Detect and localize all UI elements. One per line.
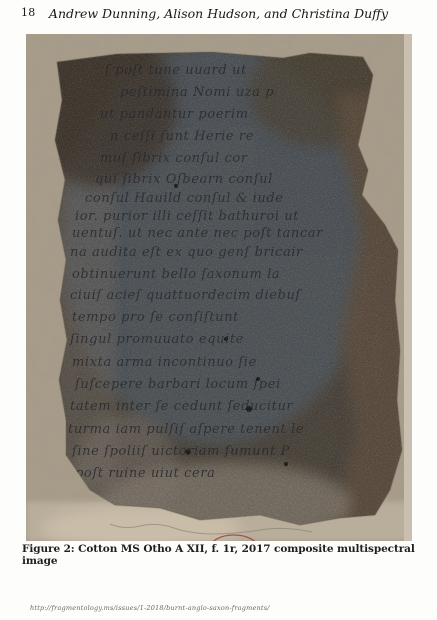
mount-right-edge: [404, 34, 412, 541]
multispectral-image: ſ poſt tune uuard ut peſtimina Nomi uza …: [26, 34, 412, 541]
journal-page: 18 Andrew Dunning, Alison Hudson, and Ch…: [0, 0, 437, 620]
burnt-fragment: ſ poſt tune uuard ut peſtimina Nomi uza …: [26, 34, 412, 541]
manuscript-photo: ſ poſt tune uuard ut peſtimina Nomi uza …: [26, 34, 412, 541]
footer-url: http://fragmentology.ms/issues/1-2018/bu…: [30, 604, 270, 612]
running-header: Andrew Dunning, Alison Hudson, and Chris…: [0, 6, 437, 21]
figure-caption: Figure 2: Cotton MS Otho A XII, f. 1r, 2…: [22, 543, 424, 567]
fragment-dark-speckle: [26, 34, 412, 541]
